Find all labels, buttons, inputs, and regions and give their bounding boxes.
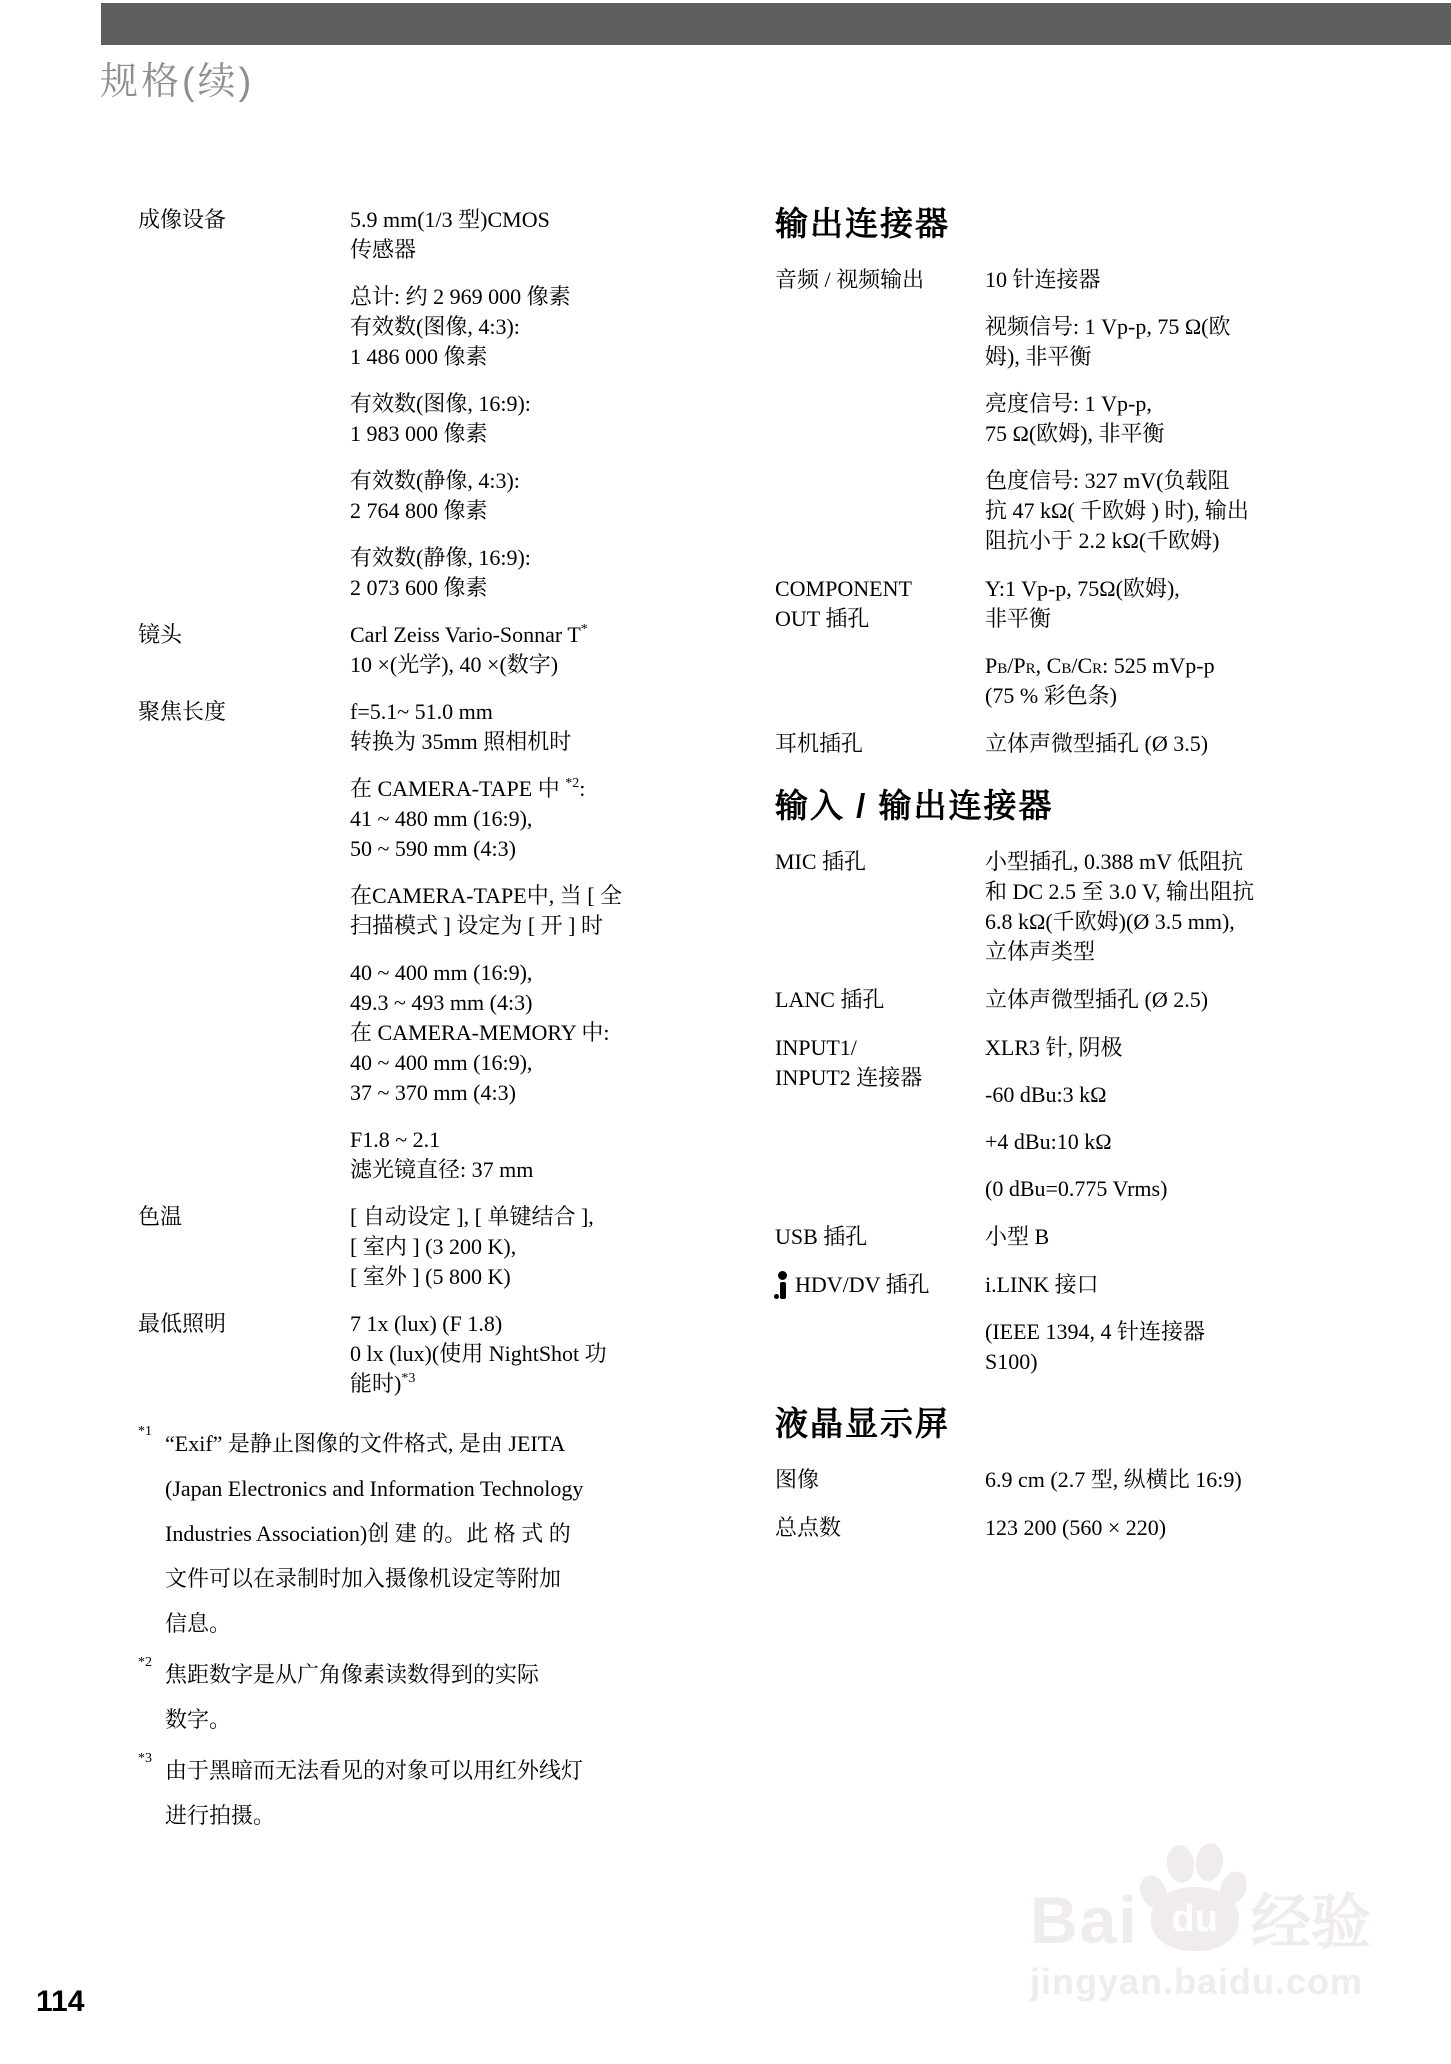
spec-line: f=5.1~ 51.0 mm [350,697,622,727]
spec-label: 总点数 [775,1513,985,1543]
section-output-connectors: 输出连接器 音频 / 视频输出 10 针连接器 视频信号: 1 Vp-p, 75… [775,203,1451,759]
baidu-paw-icon: du [1143,1845,1243,1953]
footnote-marker: *1 [138,1424,165,1649]
superscript: * [581,622,588,637]
subscript: R [1092,661,1102,677]
spec-label: 图像 [775,1465,985,1495]
spec-line: 40 ~ 400 mm (16:9), [350,958,622,988]
spec-line: 姆), 非平衡 [985,342,1249,372]
spec-row-focal-length: 聚焦长度 f=5.1~ 51.0 mm 转换为 35mm 照相机时 在 CAME… [138,697,763,1185]
footnote-text: 焦距数字是从广角像素读数得到的实际 数字。 [165,1652,539,1742]
spec-value: XLR3 针, 阴极 -60 dBu:3 kΩ +4 dBu:10 kΩ (0 … [985,1033,1167,1204]
spec-line: 10 针连接器 [985,265,1249,295]
baidu-logo: Bai du 经验 [1030,1845,1371,1953]
spec-row-hdv-dv-jack: HDV/DV 插孔 i.LINK 接口 (IEEE 1394, 4 针连接器 S… [775,1270,1451,1377]
baidu-paw-pad: du [1151,1887,1239,1951]
spec-value: Carl Zeiss Vario-Sonnar T* 10 ×(光学), 40 … [350,620,588,680]
spec-line: 在 CAMERA-TAPE 中 *2: [350,774,622,804]
spec-line: +4 dBu:10 kΩ [985,1127,1167,1157]
spec-line: 50 ~ 590 mm (4:3) [350,834,622,864]
spec-value: Y:1 Vp-p, 75Ω(欧姆), 非平衡 PB/PR, CB/CR: 525… [985,574,1215,711]
spec-row-lcd-total-dots: 总点数 123 200 (560 × 220) [775,1513,1451,1543]
spec-value: [ 自动设定 ], [ 单键结合 ], [ 室内 ] (3 200 K), [ … [350,1202,594,1292]
footnote-3: *3 由于黑暗而无法看见的对象可以用红外线灯 进行拍摄。 [138,1748,763,1838]
spec-label: 成像设备 [138,205,350,603]
spec-value: 5.9 mm(1/3 型)CMOS 传感器 总计: 约 2 969 000 像素… [350,205,571,603]
subscript: R [1026,661,1036,677]
spec-line: 抗 47 kΩ( 千欧姆 ) 时), 输出 [985,496,1249,526]
spec-line: 75 Ω(欧姆), 非平衡 [985,419,1249,449]
baidu-watermark: Bai du 经验 jingyan.baidu.com [1030,1845,1371,2003]
ilink-icon [775,1271,790,1299]
footnote-1: *1 “Exif” 是静止图像的文件格式, 是由 JEITA (Japan El… [138,1421,763,1646]
spec-row-headphone-jack: 耳机插孔 立体声微型插孔 (Ø 3.5) [775,729,1451,759]
spec-row-lcd-image: 图像 6.9 cm (2.7 型, 纵横比 16:9) [775,1465,1451,1495]
spec-line: i.LINK 接口 [985,1270,1205,1300]
footnotes: *1 “Exif” 是静止图像的文件格式, 是由 JEITA (Japan El… [138,1421,763,1838]
spec-line: (0 dBu=0.775 Vrms) [985,1174,1167,1204]
spec-value: f=5.1~ 51.0 mm 转换为 35mm 照相机时 在 CAMERA-TA… [350,697,622,1185]
spec-line: 阻抗小于 2.2 kΩ(千欧姆) [985,526,1249,556]
spec-line: -60 dBu:3 kΩ [985,1080,1167,1110]
section-input-output-connectors: 输入 / 输出连接器 MIC 插孔 小型插孔, 0.388 mV 低阻抗 和 D… [775,785,1451,1377]
spec-row-lens: 镜头 Carl Zeiss Vario-Sonnar T* 10 ×(光学), … [138,620,763,680]
spec-label: 耳机插孔 [775,729,985,759]
spec-line: 2 764 800 像素 [350,496,571,526]
spec-line: 视频信号: 1 Vp-p, 75 Ω(欧 [985,312,1249,342]
spec-line: 色度信号: 327 mV(负载阻 [985,466,1249,496]
spec-line: 40 ~ 400 mm (16:9), [350,1048,622,1078]
spec-line: 6.8 kΩ(千欧姆)(Ø 3.5 mm), [985,907,1254,937]
spec-line: 立体声微型插孔 (Ø 2.5) [985,985,1208,1015]
spec-value: 小型插孔, 0.388 mV 低阻抗 和 DC 2.5 至 3.0 V, 输出阻… [985,847,1254,967]
subscript: B [1061,661,1071,677]
spec-line: 41 ~ 480 mm (16:9), [350,804,622,834]
spec-line: 立体声微型插孔 (Ø 3.5) [985,729,1208,759]
spec-line: [ 自动设定 ], [ 单键结合 ], [350,1202,594,1232]
spec-line: 非平衡 [985,604,1215,634]
spec-label: 聚焦长度 [138,697,350,1185]
spec-line: 总计: 约 2 969 000 像素 [350,282,571,312]
spec-line: 传感器 [350,235,571,265]
spec-value: 7 1x (lux) (F 1.8) 0 lx (lux)(使用 NightSh… [350,1309,607,1399]
footnote-text: “Exif” 是静止图像的文件格式, 是由 JEITA (Japan Elect… [165,1421,583,1646]
spec-line: (75 % 彩色条) [985,681,1215,711]
spec-row-mic-jack: MIC 插孔 小型插孔, 0.388 mV 低阻抗 和 DC 2.5 至 3.0… [775,847,1451,967]
spec-line: S100) [985,1347,1205,1377]
spec-line: 在 CAMERA-MEMORY 中: [350,1018,622,1048]
spec-line: 5.9 mm(1/3 型)CMOS [350,205,571,235]
footnote-2: *2 焦距数字是从广角像素读数得到的实际 数字。 [138,1652,763,1742]
footnote-marker: *2 [138,1655,165,1745]
left-spec-column: 成像设备 5.9 mm(1/3 型)CMOS 传感器 总计: 约 2 969 0… [138,205,763,1844]
spec-line: 小型 B [985,1222,1049,1252]
spec-row-color-temperature: 色温 [ 自动设定 ], [ 单键结合 ], [ 室内 ] (3 200 K),… [138,1202,763,1292]
page-number: 114 [36,1985,84,2019]
spec-line: F1.8 ~ 2.1 [350,1125,622,1155]
spec-label: 最低照明 [138,1309,350,1399]
spec-line: 49.3 ~ 493 mm (4:3) [350,988,622,1018]
spec-line: 亮度信号: 1 Vp-p, [985,389,1249,419]
spec-value: i.LINK 接口 (IEEE 1394, 4 针连接器 S100) [985,1270,1205,1377]
spec-line: 在CAMERA-TAPE中, 当 [ 全 [350,881,622,911]
spec-label: USB 插孔 [775,1222,985,1252]
baidu-logo-text: Bai [1030,1887,1139,1953]
spec-line: 有效数(静像, 16:9): [350,543,571,573]
spec-label: MIC 插孔 [775,847,985,967]
spec-row-input1-input2: INPUT1/ INPUT2 连接器 XLR3 针, 阴极 -60 dBu:3 … [775,1033,1451,1204]
spec-value: 6.9 cm (2.7 型, 纵横比 16:9) [985,1465,1242,1495]
baidu-jingyan-text: 经验 [1251,1893,1371,1953]
spec-line: 0 lx (lux)(使用 NightShot 功 [350,1339,607,1369]
spec-line: 1 486 000 像素 [350,342,571,372]
spec-line: 123 200 (560 × 220) [985,1513,1166,1543]
spec-label: 色温 [138,1202,350,1292]
section-lcd-screen: 液晶显示屏 图像 6.9 cm (2.7 型, 纵横比 16:9) 总点数 12… [775,1403,1451,1543]
spec-line: 1 983 000 像素 [350,419,571,449]
spec-line: 6.9 cm (2.7 型, 纵横比 16:9) [985,1465,1242,1495]
page-title: 规格(续) [100,50,254,105]
spec-line: 有效数(图像, 4:3): [350,312,571,342]
spec-label: HDV/DV 插孔 [775,1270,985,1377]
spec-label: INPUT1/ INPUT2 连接器 [775,1033,985,1204]
spec-line: 37 ~ 370 mm (4:3) [350,1078,622,1108]
spec-line: 有效数(静像, 4:3): [350,466,571,496]
spec-line: 有效数(图像, 16:9): [350,389,571,419]
spec-label: COMPONENT OUT 插孔 [775,574,985,711]
spec-line: 立体声类型 [985,937,1254,967]
spec-row-component-out: COMPONENT OUT 插孔 Y:1 Vp-p, 75Ω(欧姆), 非平衡 … [775,574,1451,711]
section-heading: 输入 / 输出连接器 [775,785,1451,827]
spec-line: 和 DC 2.5 至 3.0 V, 输出阻抗 [985,877,1254,907]
spec-row-minimum-illumination: 最低照明 7 1x (lux) (F 1.8) 0 lx (lux)(使用 Ni… [138,1309,763,1399]
spec-line: XLR3 针, 阴极 [985,1033,1167,1063]
spec-line: Carl Zeiss Vario-Sonnar T* [350,620,588,650]
spec-value: 10 针连接器 视频信号: 1 Vp-p, 75 Ω(欧 姆), 非平衡 亮度信… [985,265,1249,556]
right-spec-column: 输出连接器 音频 / 视频输出 10 针连接器 视频信号: 1 Vp-p, 75… [775,203,1451,1561]
spec-line: 7 1x (lux) (F 1.8) [350,1309,607,1339]
spec-line: PB/PR, CB/CR: 525 mVp-p [985,651,1215,681]
section-heading: 液晶显示屏 [775,1403,1451,1445]
subscript: B [997,661,1007,677]
spec-label: 音频 / 视频输出 [775,265,985,556]
top-bar [101,3,1451,45]
spec-label: LANC 插孔 [775,985,985,1015]
spec-line: 2 073 600 像素 [350,573,571,603]
section-heading: 输出连接器 [775,203,1451,245]
spec-line: 小型插孔, 0.388 mV 低阻抗 [985,847,1254,877]
spec-value: 小型 B [985,1222,1049,1252]
spec-line: 滤光镜直径: 37 mm [350,1155,622,1185]
spec-line: 10 ×(光学), 40 ×(数字) [350,650,588,680]
spec-label: 镜头 [138,620,350,680]
spec-row-usb-jack: USB 插孔 小型 B [775,1222,1451,1252]
footnote-marker: *3 [138,1751,165,1841]
spec-line: [ 室内 ] (3 200 K), [350,1232,594,1262]
watermark-url: jingyan.baidu.com [1030,1961,1371,2003]
spec-line: (IEEE 1394, 4 针连接器 [985,1317,1205,1347]
spec-row-av-output: 音频 / 视频输出 10 针连接器 视频信号: 1 Vp-p, 75 Ω(欧 姆… [775,265,1451,556]
spec-line: Y:1 Vp-p, 75Ω(欧姆), [985,574,1215,604]
footnote-text: 由于黑暗而无法看见的对象可以用红外线灯 进行拍摄。 [165,1748,583,1838]
spec-line: 转换为 35mm 照相机时 [350,727,622,757]
spec-value: 立体声微型插孔 (Ø 2.5) [985,985,1208,1015]
spec-row-lanc-jack: LANC 插孔 立体声微型插孔 (Ø 2.5) [775,985,1451,1015]
superscript: *3 [401,1371,415,1386]
spec-value: 立体声微型插孔 (Ø 3.5) [985,729,1208,759]
spec-line: 能时)*3 [350,1369,607,1399]
spec-row-imaging-device: 成像设备 5.9 mm(1/3 型)CMOS 传感器 总计: 约 2 969 0… [138,205,763,603]
spec-line: 扫描模式 ] 设定为 [ 开 ] 时 [350,911,622,941]
superscript: *2 [565,776,579,791]
spec-line: [ 室外 ] (5 800 K) [350,1262,594,1292]
spec-value: 123 200 (560 × 220) [985,1513,1166,1543]
